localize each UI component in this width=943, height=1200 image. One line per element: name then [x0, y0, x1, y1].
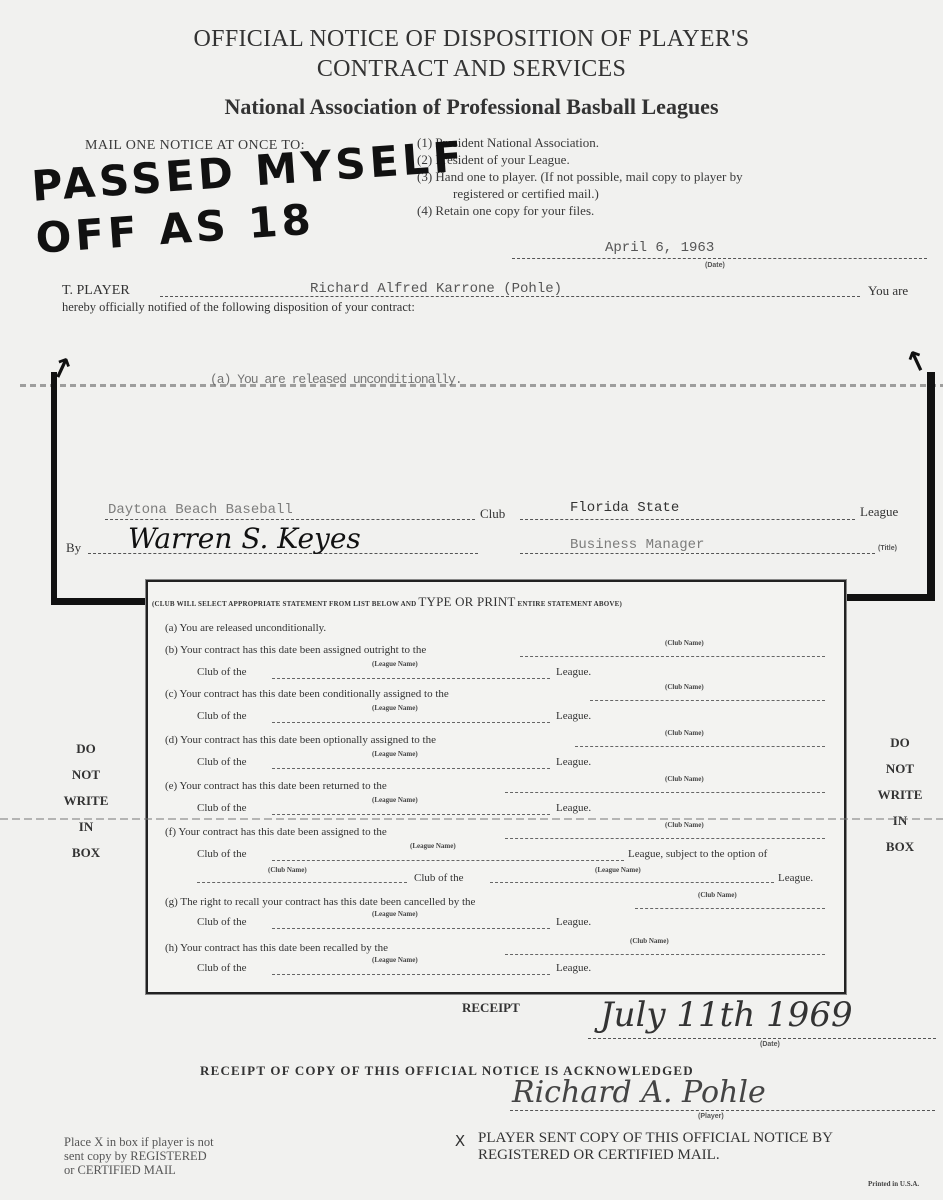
club-name-caption: (Club Name): [665, 729, 704, 737]
club-of-the-label: Club of the: [197, 962, 247, 974]
league-label: League: [860, 504, 898, 520]
option-f: (f) Your contract has this date been ass…: [165, 826, 387, 838]
receipt-date-line: [588, 1038, 936, 1039]
do-not-write-left: DO NOT WRITE IN BOX: [56, 736, 116, 866]
player-caption: (Player): [698, 1113, 724, 1120]
registered-mail-checkbox[interactable]: X: [452, 1133, 468, 1149]
league-name-field[interactable]: Florida State: [570, 500, 679, 516]
option-h: (h) Your contract has this date been rec…: [165, 942, 388, 954]
club-name-caption: (Club Name): [630, 937, 669, 945]
player-signature-line: [510, 1110, 935, 1111]
club-name-caption: (Club Name): [665, 683, 704, 691]
league-name-caption: (League Name): [372, 750, 418, 758]
option-d-league-line[interactable]: [272, 768, 550, 769]
notification-text: hereby officially notified of the follow…: [62, 300, 415, 315]
club-of-the-label: Club of the: [414, 872, 464, 884]
date-line: [512, 258, 927, 259]
club-line: [105, 519, 475, 520]
league-name-caption: (League Name): [372, 956, 418, 964]
option-g-league-line[interactable]: [272, 928, 550, 929]
option-f-league2-line[interactable]: [490, 882, 774, 883]
player-signature[interactable]: Richard A. Pohle: [512, 1075, 766, 1110]
receipt-date-field[interactable]: July 11th 1969: [600, 995, 853, 1035]
option-d-club-line[interactable]: [575, 746, 825, 747]
option-h-league-line[interactable]: [272, 974, 550, 975]
club-of-the-label: Club of the: [197, 848, 247, 860]
official-title-field[interactable]: Business Manager: [570, 537, 704, 553]
bracket-right: [927, 372, 935, 600]
club-of-the-label: Club of the: [197, 666, 247, 678]
club-name-caption: (Club Name): [665, 639, 704, 647]
disposition-statement-line: [20, 384, 943, 387]
printed-in-usa: Printed in U.S.A.: [868, 1180, 919, 1188]
place-x-instructions: Place X in box if player is not sent cop…: [64, 1135, 214, 1177]
option-h-club-line[interactable]: [505, 954, 825, 955]
option-c-league-line[interactable]: [272, 722, 550, 723]
option-b-club-line[interactable]: [520, 656, 825, 657]
arrow-up-icon: ↑: [44, 349, 79, 389]
options-box-header: (CLUB WILL SELECT APPROPRIATE STATEMENT …: [152, 594, 842, 610]
club-official-signature[interactable]: Warren S. Keyes: [128, 522, 361, 555]
option-e-club-line[interactable]: [505, 792, 825, 793]
league-label: League.: [556, 916, 591, 928]
bracket-left: [51, 372, 57, 604]
organization-name: National Association of Professional Bas…: [0, 94, 943, 120]
notice-date-field[interactable]: April 6, 1963: [605, 240, 714, 256]
club-of-the-label: Club of the: [197, 756, 247, 768]
you-are-text: You are: [868, 283, 908, 299]
bracket-bottom-right: [845, 594, 935, 601]
option-f-league-line[interactable]: [272, 860, 624, 861]
do-not-write-right: DO NOT WRITE IN BOX: [870, 730, 930, 860]
bracket-bottom-left: [51, 598, 147, 605]
receipt-date-caption: (Date): [760, 1041, 780, 1048]
league-name-caption: (League Name): [595, 866, 641, 874]
document-title-line1: OFFICIAL NOTICE OF DISPOSITION OF PLAYER…: [0, 26, 943, 53]
option-d: (d) Your contract has this date been opt…: [165, 734, 436, 746]
club-of-the-label: Club of the: [197, 916, 247, 928]
option-e-league-line[interactable]: [272, 814, 550, 815]
league-label: League.: [556, 962, 591, 974]
option-g: (g) The right to recall your contract ha…: [165, 896, 475, 908]
league-name-caption: (League Name): [372, 704, 418, 712]
league-label: League.: [556, 710, 591, 722]
title-line: [520, 553, 875, 554]
player-label: T. PLAYER: [62, 283, 130, 299]
club-name-field[interactable]: Daytona Beach Baseball: [108, 502, 293, 518]
club-name-caption: (Club Name): [268, 866, 307, 874]
by-label: By: [66, 540, 81, 556]
option-a: (a) You are released unconditionally.: [165, 622, 326, 634]
option-f-club2-line[interactable]: [197, 882, 407, 883]
league-label: League.: [778, 872, 813, 884]
league-label: League.: [556, 666, 591, 678]
receipt-heading: RECEIPT: [462, 1000, 520, 1016]
date-caption: (Date): [705, 262, 725, 269]
title-caption: (Title): [878, 545, 897, 552]
club-label: Club: [480, 506, 505, 522]
league-name-caption: (League Name): [372, 796, 418, 804]
club-name-caption: (Club Name): [698, 891, 737, 899]
option-b: (b) Your contract has this date been ass…: [165, 644, 426, 656]
league-name-caption: (League Name): [372, 660, 418, 668]
club-of-the-label: Club of the: [197, 710, 247, 722]
mail-item: registered or certified mail.): [417, 185, 743, 202]
league-label: League.: [556, 802, 591, 814]
option-c: (c) Your contract has this date been con…: [165, 688, 449, 700]
league-line: [520, 519, 855, 520]
option-e: (e) Your contract has this date been ret…: [165, 780, 387, 792]
document-title-line2: CONTRACT AND SERVICES: [0, 56, 943, 83]
option-g-club-line[interactable]: [635, 908, 825, 909]
option-c-club-line[interactable]: [590, 700, 825, 701]
league-label: League.: [556, 756, 591, 768]
club-name-caption: (Club Name): [665, 821, 704, 829]
league-subject-label: League, subject to the option of: [628, 848, 767, 860]
option-b-league-line[interactable]: [272, 678, 550, 679]
club-name-caption: (Club Name): [665, 775, 704, 783]
disposition-statement-field[interactable]: (a) You are released unconditionally.: [210, 372, 462, 387]
league-name-caption: (League Name): [410, 842, 456, 850]
league-name-caption: (League Name): [372, 910, 418, 918]
option-f-club-line[interactable]: [505, 838, 825, 839]
player-sent-copy-text: PLAYER SENT COPY OF THIS OFFICIAL NOTICE…: [478, 1130, 833, 1164]
mail-item: (1) President National Association.: [417, 134, 743, 151]
mail-item: (4) Retain one copy for your files.: [417, 202, 743, 219]
club-of-the-label: Club of the: [197, 802, 247, 814]
fold-line: [0, 818, 943, 820]
player-name-field[interactable]: Richard Alfred Karrone (Pohle): [310, 281, 562, 297]
